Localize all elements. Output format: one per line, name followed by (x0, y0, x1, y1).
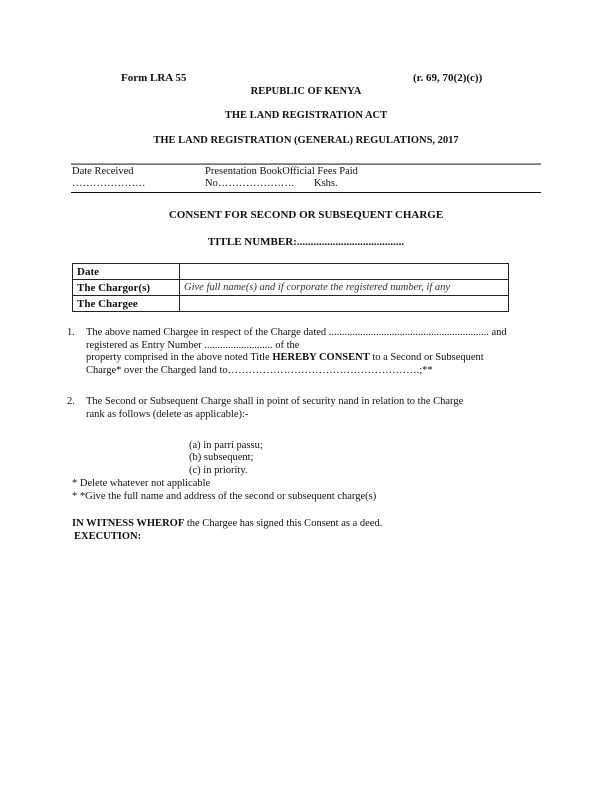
execution-label: EXECUTION: (74, 531, 141, 544)
title-number-field[interactable]: TITLE NUMBER:...........................… (0, 236, 612, 248)
rank-option-b: (b) subsequent; (189, 452, 253, 465)
table-row: The Chargee (73, 296, 509, 312)
clause-1-line-3-pre: property comprised in the above noted Ti… (86, 352, 272, 363)
rank-option-c: (c) in priority. (189, 465, 248, 478)
witness-bold: IN WITNESS WHEROF (72, 518, 184, 529)
document-title: CONSENT FOR SECOND OR SUBSEQUENT CHARGE (0, 209, 612, 221)
rank-option-a: (a) in parri passu; (189, 440, 263, 453)
witness-statement: IN WITNESS WHEROF the Chargee has signed… (72, 518, 382, 531)
note-delete: * Delete whatever not applicable (72, 478, 210, 491)
witness-rest: the Chargee has signed this Consent as a… (184, 518, 382, 529)
clause-1-line-3: property comprised in the above noted Ti… (86, 352, 484, 365)
table-row: Date (73, 264, 509, 280)
regulations-heading: THE LAND REGISTRATION (GENERAL) REGULATI… (0, 135, 612, 146)
registry-bottom-rule (71, 192, 541, 193)
clause-2-line-2: rank as follows (delete as applicable):- (86, 409, 248, 422)
clause-1-line-1: The above named Chargee in respect of th… (86, 327, 507, 340)
rule-reference: (r. 69, 70(2)(c)) (413, 72, 482, 84)
form-label: Form LRA 55 (121, 72, 186, 84)
presentation-book-label: Presentation BookOfficial Fees Paid (205, 166, 358, 178)
official-fees-label: Official Fees Paid (282, 166, 358, 177)
parties-table: Date The Chargor(s) Give full name(s) an… (72, 263, 509, 312)
registry-top-rule (71, 163, 541, 165)
clause-1-line-3-post: to a Second or Subsequent (370, 352, 484, 363)
note-full-name: * *Give the full name and address of the… (72, 491, 376, 504)
clause-1-line-4: Charge* over the Charged land to……………………… (86, 365, 433, 378)
clause-2-number: 2. (67, 396, 75, 409)
republic-heading: REPUBLIC OF KENYA (0, 86, 612, 97)
chargee-label: The Chargee (73, 296, 180, 312)
date-received-field[interactable]: ………………… (72, 178, 146, 190)
date-cell[interactable] (180, 264, 509, 280)
chargor-label: The Chargor(s) (73, 280, 180, 296)
clause-1-number: 1. (67, 327, 75, 340)
chargor-cell[interactable]: Give full name(s) and if corporate the r… (180, 280, 509, 296)
act-heading: THE LAND REGISTRATION ACT (0, 110, 612, 121)
official-fees-field[interactable]: Kshs. (314, 178, 338, 190)
chargee-cell[interactable] (180, 296, 509, 312)
presentation-book-no-field[interactable]: No…………………. (205, 178, 294, 190)
clause-1-line-2: registered as Entry Number .............… (86, 340, 299, 353)
hereby-consent-text: HEREBY CONSENT (272, 352, 369, 363)
date-label: Date (73, 264, 180, 280)
presentation-book-text: Presentation Book (205, 166, 282, 177)
clause-2-line-1: The Second or Subsequent Charge shall in… (86, 396, 463, 409)
date-received-label: Date Received (72, 166, 134, 178)
table-row: The Chargor(s) Give full name(s) and if … (73, 280, 509, 296)
